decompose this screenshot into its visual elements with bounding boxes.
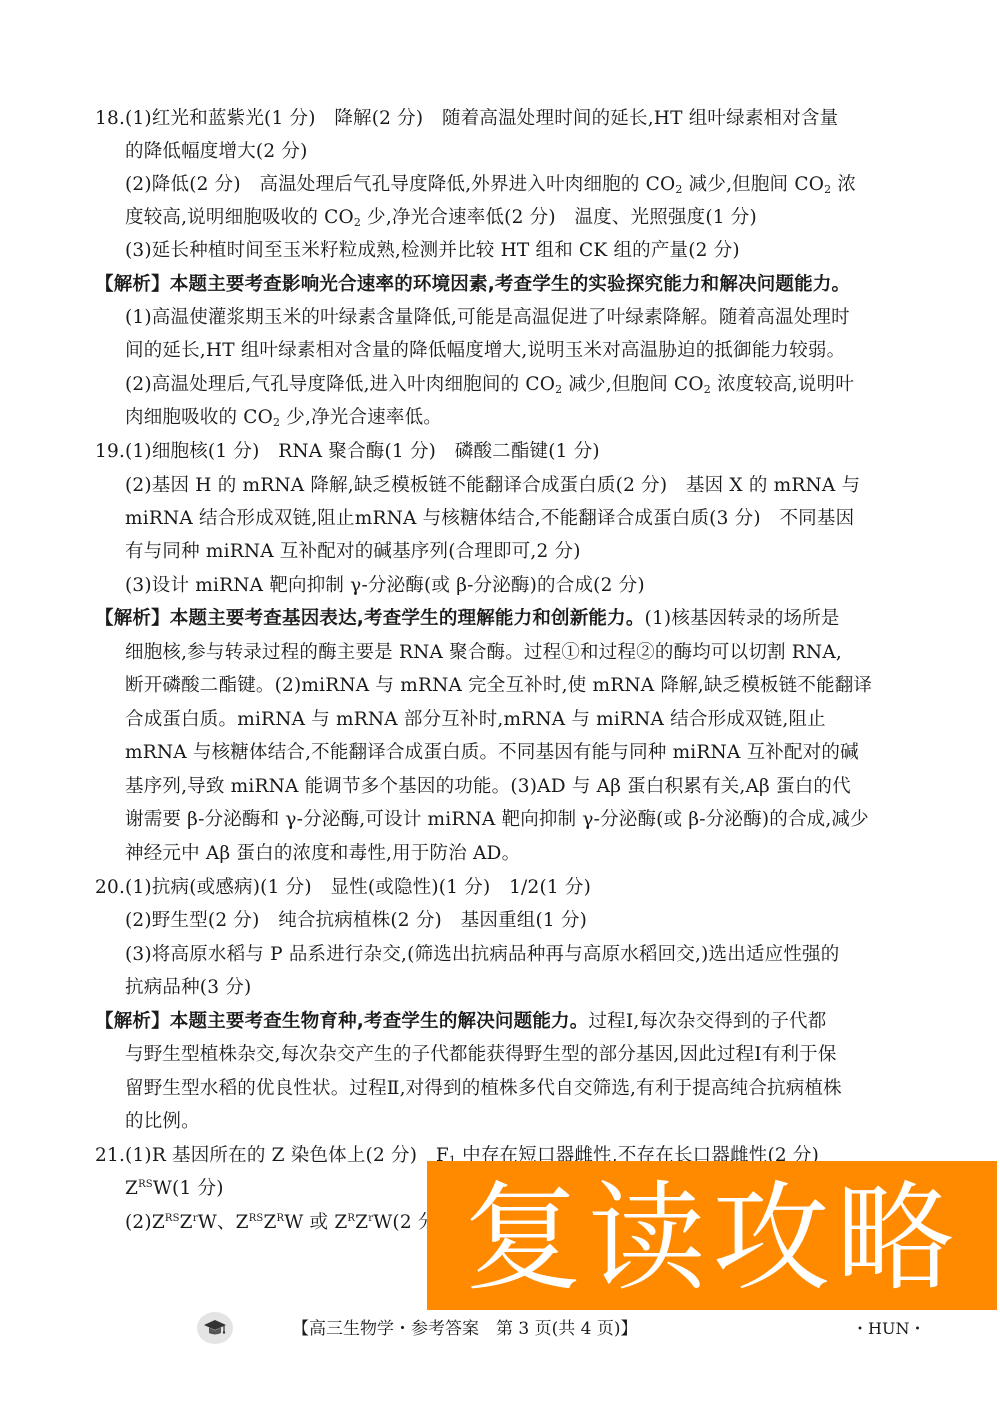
q19-analysis-line: 谢需要 β-分泌酶和 γ-分泌酶,可设计 miRNA 靶向抑制 γ-分泌酶(或 …: [125, 808, 915, 832]
watermark-text: 复读攻略: [464, 1179, 960, 1297]
q19-analysis-line: mRNA 与核糖体结合,不能翻译合成蛋白质。不同基因有能与同种 miRNA 互补…: [125, 741, 915, 765]
q19-analysis-line: 细胞核,参与转录过程的酶主要是 RNA 聚合酶。过程①和过程②的酶均可以切割 R…: [125, 641, 915, 665]
q18-line-4: 度较高,说明细胞吸收的 CO2 少,净光合速率低(2 分) 温度、光照强度(1 …: [125, 206, 915, 230]
q18-analysis-heading: 【解析】本题主要考查影响光合速率的环境因素,考查学生的实验探究能力和解决问题能力…: [95, 273, 885, 297]
q20-line-4: 抗病品种(3 分): [125, 976, 915, 1000]
q19-analysis-line: 断开磷酸二酯键。(2)miRNA 与 mRNA 完全互补时,使 mRNA 降解,…: [125, 674, 915, 698]
q18-line-5: (3)延长种植时间至玉米籽粒成熟,检测并比较 HT 组和 CK 组的产量(2 分…: [125, 239, 915, 263]
answer-page: 18.(1)红光和蓝紫光(1 分) 降解(2 分) 随着高温处理时间的延长,HT…: [0, 0, 1000, 1405]
footer-region-code: ・HUN・: [852, 1318, 925, 1340]
q20-analysis-line: 【解析】本题主要考查生物育种,考查学生的解决问题能力。过程Ⅰ,每次杂交得到的子代…: [95, 1010, 885, 1034]
q19-analysis-line: 【解析】本题主要考查基因表达,考查学生的理解能力和创新能力。(1)核基因转录的场…: [95, 607, 885, 631]
q18-line-2: 的降低幅度增大(2 分): [125, 140, 915, 164]
q18-analysis-line: 间的延长,HT 组叶绿素相对含量的降低幅度增大,说明玉米对高温胁迫的抵御能力较弱…: [125, 339, 915, 363]
q19-analysis-line: 基序列,导致 miRNA 能调节多个基因的功能。(3)AD 与 Aβ 蛋白积累有…: [125, 775, 915, 799]
q19-line-1: 19.(1)细胞核(1 分) RNA 聚合酶(1 分) 磷酸二酯键(1 分): [95, 440, 885, 464]
q20-line-2: (2)野生型(2 分) 纯合抗病植株(2 分) 基因重组(1 分): [125, 909, 915, 933]
q19-analysis-heading: 【解析】本题主要考查基因表达,考查学生的理解能力和创新能力。: [95, 608, 645, 629]
q18-line-3: (2)降低(2 分) 高温处理后气孔导度降低,外界进入叶肉细胞的 CO2 减少,…: [125, 173, 915, 197]
graduation-cap-icon: [197, 1312, 233, 1344]
q19-line-3: miRNA 结合形成双链,阻止mRNA 与核糖体结合,不能翻译合成蛋白质(3 分…: [125, 507, 915, 531]
q20-analysis-line: 的比例。: [125, 1110, 915, 1134]
q19-line-2: (2)基因 H 的 mRNA 降解,缺乏模板链不能翻译合成蛋白质(2 分) 基因…: [125, 474, 915, 498]
q18-analysis-line: (1)高温使灌浆期玉米的叶绿素含量降低,可能是高温促进了叶绿素降解。随着高温处理…: [125, 306, 915, 330]
q20-line-1: 20.(1)抗病(或感病)(1 分) 显性(或隐性)(1 分) 1/2(1 分): [95, 876, 885, 900]
q20-line-3: (3)将高原水稻与 P 品系进行杂交,(筛选出抗病品种再与高原水稻回交,)选出适…: [125, 943, 915, 967]
q19-line-5: (3)设计 miRNA 靶向抑制 γ-分泌酶(或 β-分泌酶)的合成(2 分): [125, 574, 915, 598]
footer-page-info: 【高三生物学・参考答案 第 3 页(共 4 页)】: [292, 1318, 638, 1340]
q18-line-1: 18.(1)红光和蓝紫光(1 分) 降解(2 分) 随着高温处理时间的延长,HT…: [95, 107, 885, 131]
q20-analysis-line: 留野生型水稻的优良性状。过程Ⅱ,对得到的植株多代自交筛选,有利于提高纯合抗病植株: [125, 1077, 915, 1101]
q18-analysis-line: (2)高温处理后,气孔导度降低,进入叶肉细胞间的 CO2 减少,但胞间 CO2 …: [125, 373, 915, 397]
watermark-banner: 复读攻略: [427, 1161, 997, 1310]
q19-analysis-line: 神经元中 Aβ 蛋白的浓度和毒性,用于防治 AD。: [125, 842, 915, 866]
q19-analysis-line: 合成蛋白质。miRNA 与 mRNA 部分互补时,mRNA 与 miRNA 结合…: [125, 708, 915, 732]
q20-analysis-line: 与野生型植株杂交,每次杂交产生的子代都能获得野生型的部分基因,因此过程Ⅰ有利于保: [125, 1043, 915, 1067]
q18-analysis-line: 肉细胞吸收的 CO2 少,净光合速率低。: [125, 406, 915, 430]
q19-line-4: 有与同种 miRNA 互补配对的碱基序列(合理即可,2 分): [125, 540, 915, 564]
q20-analysis-heading: 【解析】本题主要考查生物育种,考查学生的解决问题能力。: [95, 1011, 588, 1032]
